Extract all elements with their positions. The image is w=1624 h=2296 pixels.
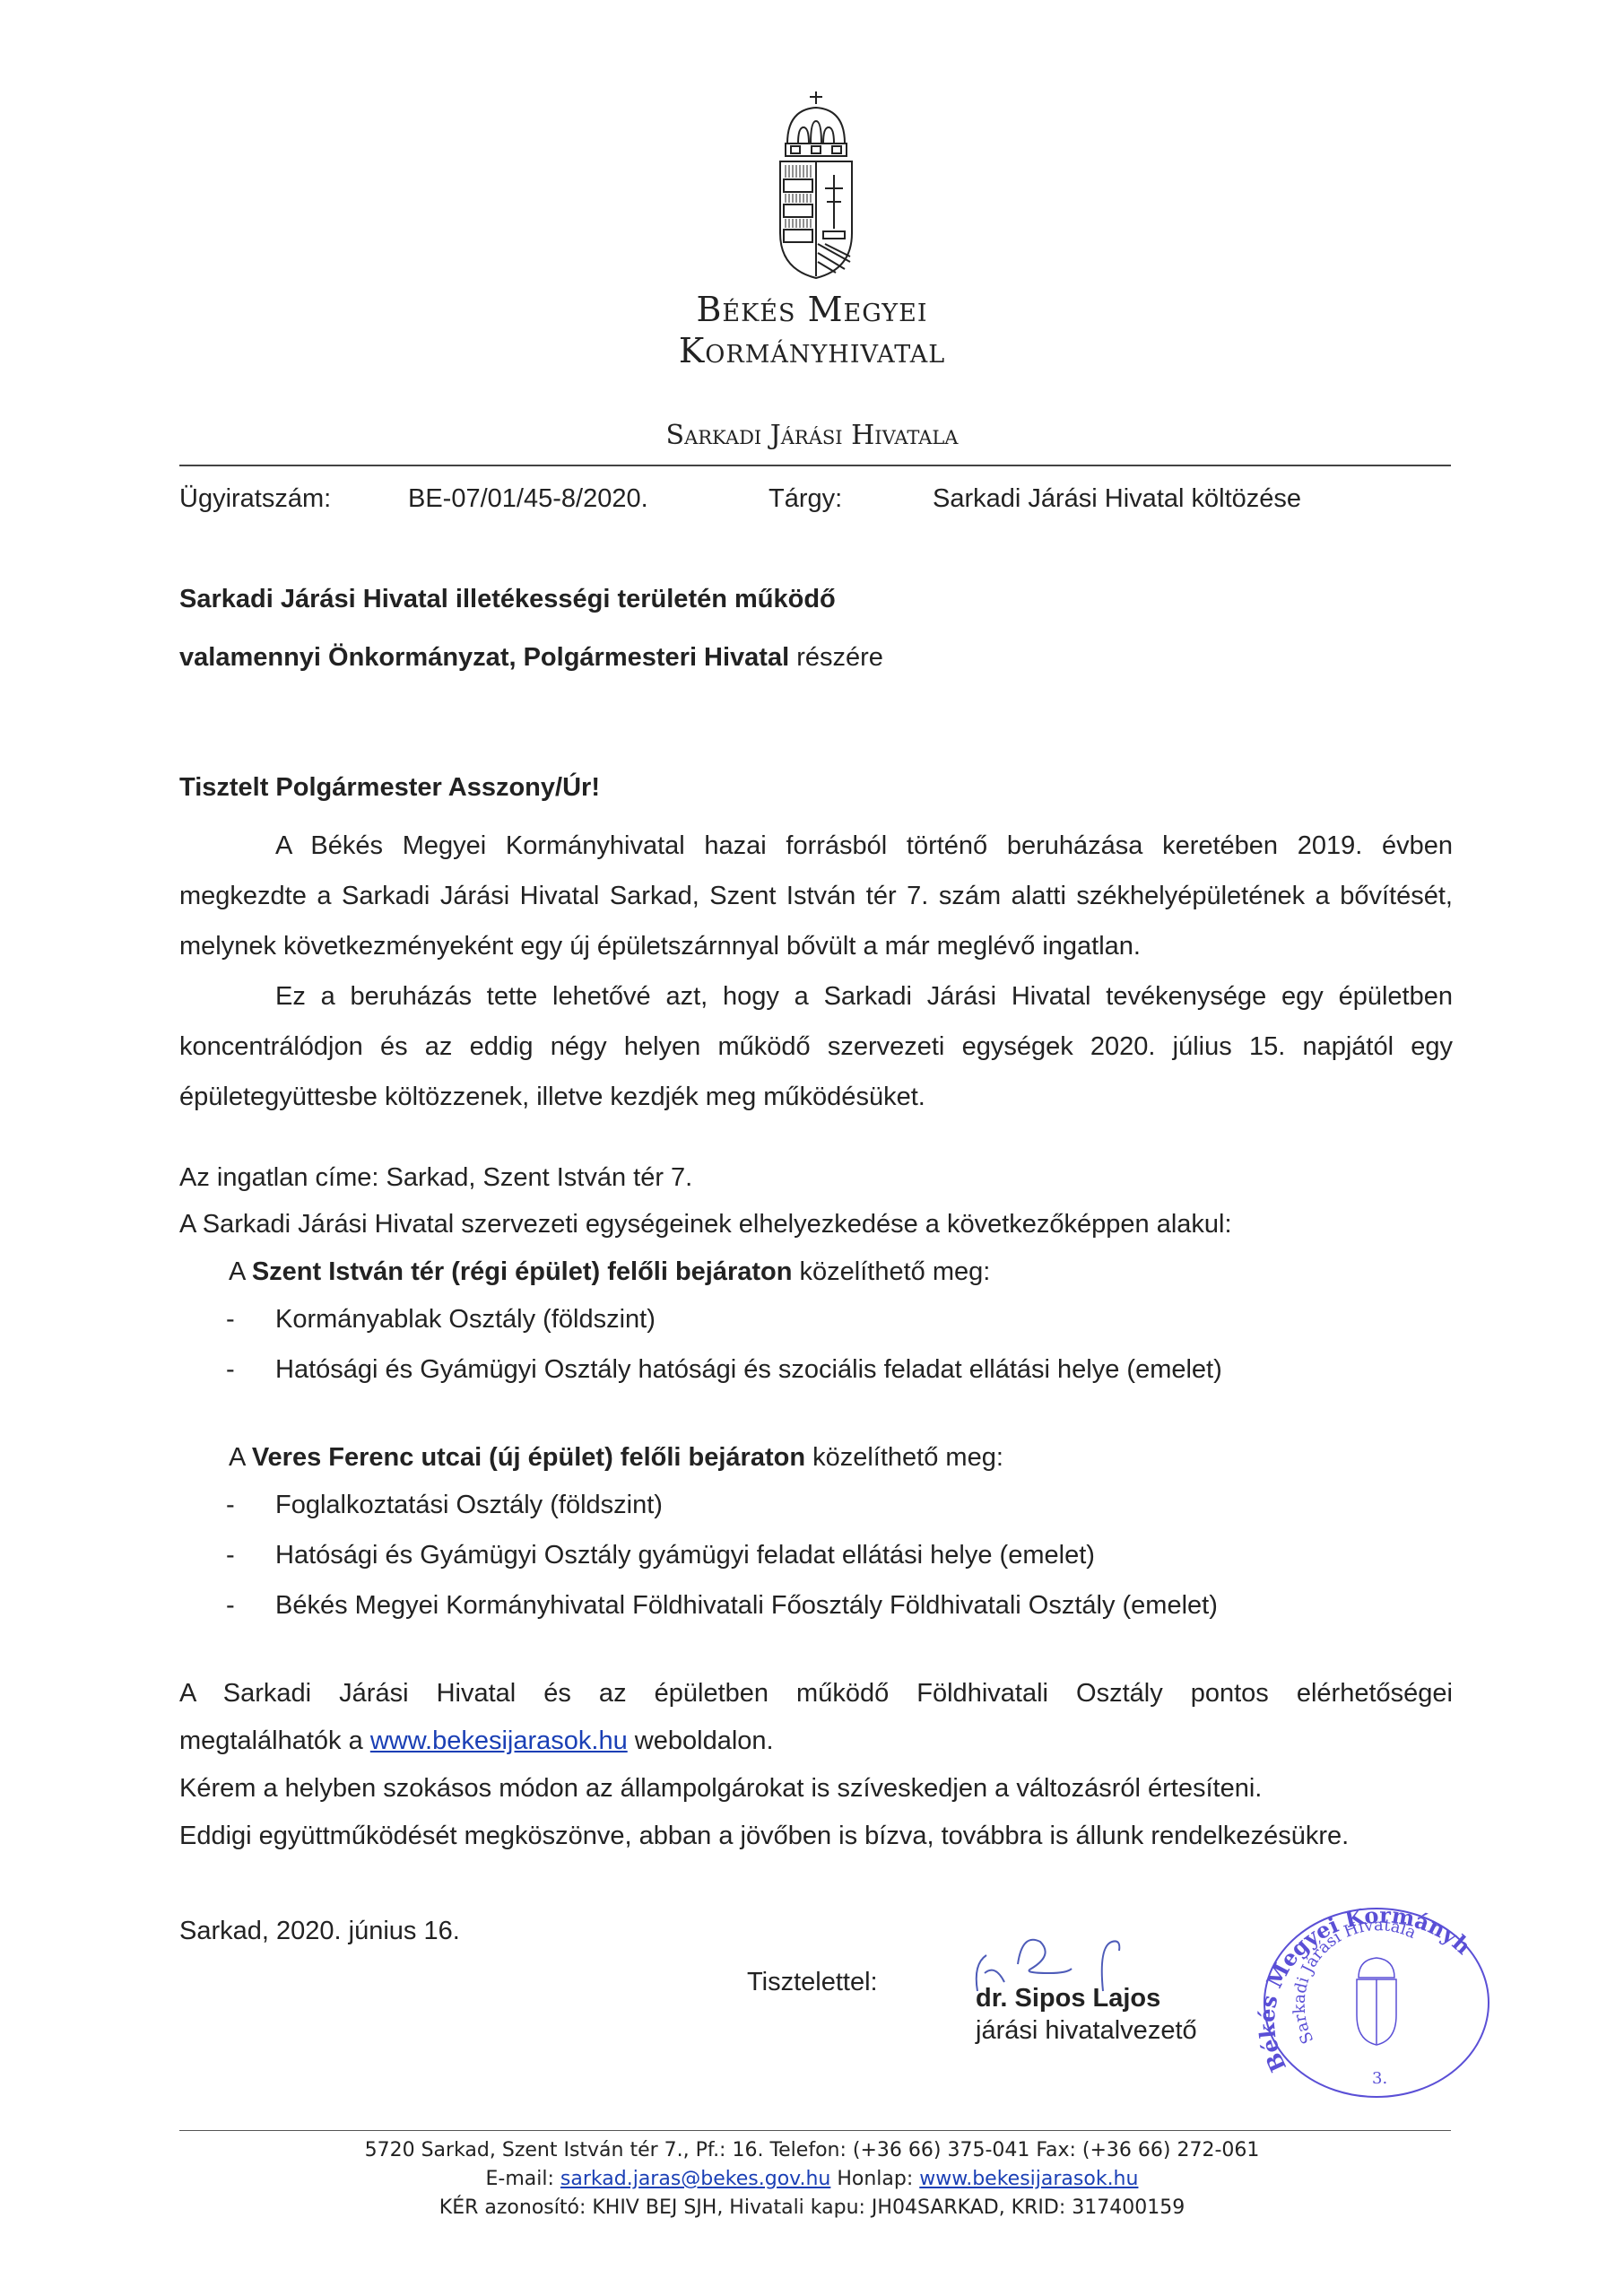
list-item-text: Hatósági és Gyámügyi Osztály gyámügyi fe… (275, 1530, 1095, 1580)
contact-suffix: weboldalon. (628, 1726, 774, 1755)
header-divider (179, 465, 1451, 466)
footer-website-link[interactable]: www.bekesijarasok.hu (919, 2168, 1138, 2190)
entrance-2-heading: A Veres Ferenc utcai (új épület) felőli … (229, 1432, 1003, 1483)
list-item-text: Békés Megyei Kormányhivatal Földhivatali… (275, 1580, 1218, 1631)
footer: 5720 Sarkad, Szent István tér 7., Pf.: 1… (0, 2136, 1624, 2222)
contact-paragraph: A Sarkadi Járási Hivatal és az épületben… (179, 1668, 1453, 1718)
stamp-number: 3. (1372, 2069, 1387, 2088)
stamp-outer-text: Békés Megyei Kormányhivatal (1251, 1897, 1476, 2076)
email-link[interactable]: sarkad.jaras@bekes.gov.hu (560, 2168, 830, 2190)
entrance-2-suffix: közelíthető meg: (805, 1443, 1003, 1472)
dash-bullet: - (179, 1530, 226, 1580)
list-item-text: Foglalkoztatási Osztály (földszint) (275, 1480, 663, 1530)
units-intro: A Sarkadi Járási Hivatal szervezeti egys… (179, 1199, 1232, 1249)
footer-address: 5720 Sarkad, Szent István tér 7., Pf.: 1… (0, 2136, 1624, 2165)
subject-label: Tárgy: (769, 484, 842, 514)
dash-bullet: - (179, 1294, 226, 1344)
list-item: -Foglalkoztatási Osztály (földszint) (179, 1480, 1218, 1530)
department-name: Sarkadi Járási Hivatala (0, 420, 1624, 451)
signatory-name: dr. Sipos Lajos (976, 1982, 1160, 2014)
web-label: Honlap: (830, 2168, 919, 2190)
list-item: -Békés Megyei Kormányhivatal Földhivatal… (179, 1580, 1218, 1631)
organization-name: Békés Megyei Kormányhivatal (0, 289, 1624, 371)
property-address: Az ingatlan címe: Sarkad, Szent István t… (179, 1152, 692, 1203)
addressee-recipients: valamennyi Önkormányzat, Polgármesteri H… (179, 643, 789, 672)
case-number: BE-07/01/45-8/2020. (408, 484, 648, 514)
paragraph-1: A Békés Megyei Kormányhivatal hazai forr… (179, 821, 1453, 971)
footer-contact: E-mail: sarkad.jaras@bekes.gov.hu Honlap… (0, 2165, 1624, 2194)
subject: Sarkadi Járási Hivatal költözése (933, 484, 1301, 514)
addressee-line1: Sarkadi Járási Hivatal illetékességi ter… (179, 574, 836, 624)
list-item-text: Kormányablak Osztály (földszint) (275, 1294, 656, 1344)
entrance-2-list: -Foglalkoztatási Osztály (földszint) -Ha… (179, 1480, 1218, 1631)
contact-prefix: megtalálhatók a (179, 1726, 370, 1755)
entrance-1-name: Szent István tér (régi épület) felőli be… (252, 1257, 793, 1286)
request-paragraph: Kérem a helyben szokásos módon az államp… (179, 1763, 1262, 1813)
dash-bullet: - (179, 1480, 226, 1530)
list-item: -Hatósági és Gyámügyi Osztály hatósági é… (179, 1344, 1222, 1395)
entrance-2-name: Veres Ferenc utcai (új épület) felőli be… (252, 1443, 805, 1472)
addressee-suffix: részére (789, 643, 883, 672)
regards: Tisztelettel: (747, 1957, 878, 2007)
entrance-2-prefix: A (229, 1443, 252, 1472)
entrance-1-prefix: A (229, 1257, 252, 1286)
list-item-text: Hatósági és Gyámügyi Osztály hatósági és… (275, 1344, 1222, 1395)
entrance-1-list: -Kormányablak Osztály (földszint) -Hatós… (179, 1294, 1222, 1395)
official-stamp-icon: Békés Megyei Kormányhivatal Sarkadi Járá… (1251, 1897, 1493, 2099)
website-link[interactable]: www.bekesijarasok.hu (370, 1726, 628, 1755)
email-label: E-mail: (486, 2168, 560, 2190)
svg-text:Békés Megyei Kormányhivatal: Békés Megyei Kormányhivatal (1251, 1897, 1476, 2076)
case-number-label: Ügyiratszám: (179, 484, 331, 514)
dash-bullet: - (179, 1580, 226, 1631)
paragraph-2: Ez a beruházás tette lehetővé azt, hogy … (179, 971, 1453, 1122)
closing-paragraph: Eddigi együttműködését megköszönve, abba… (179, 1811, 1349, 1861)
entrance-1-suffix: közelíthető meg: (792, 1257, 990, 1286)
org-name-line1: Békés Megyei (0, 289, 1624, 330)
org-name-line2: Kormányhivatal (0, 330, 1624, 371)
dash-bullet: - (179, 1344, 226, 1395)
place-date: Sarkad, 2020. június 16. (179, 1906, 460, 1956)
footer-divider (179, 2130, 1451, 2131)
footer-ids: KÉR azonosító: KHIV BEJ SJH, Hivatali ka… (0, 2194, 1624, 2222)
contact-website-line: megtalálhatók a www.bekesijarasok.hu web… (179, 1716, 774, 1766)
list-item: -Kormányablak Osztály (földszint) (179, 1294, 1222, 1344)
signatory-title: járási hivatalvezető (976, 2014, 1197, 2047)
list-item: -Hatósági és Gyámügyi Osztály gyámügyi f… (179, 1530, 1218, 1580)
salutation: Tisztelt Polgármester Asszony/Úr! (179, 762, 600, 813)
entrance-1-heading: A Szent István tér (régi épület) felőli … (229, 1247, 990, 1297)
coat-of-arms-icon (771, 90, 861, 283)
addressee-line2: valamennyi Önkormányzat, Polgármesteri H… (179, 632, 883, 683)
